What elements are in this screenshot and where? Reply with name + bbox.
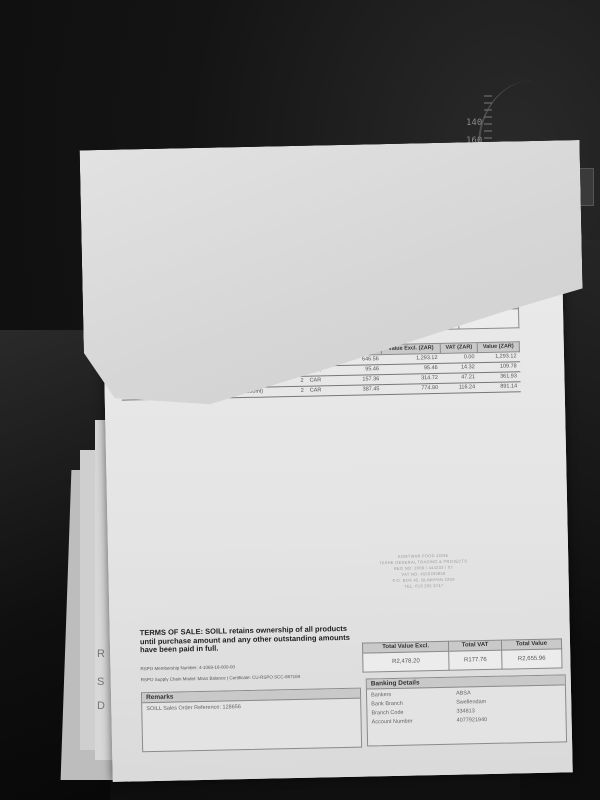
back-sheet-letter: S — [97, 676, 104, 688]
item-price: 387.45 — [327, 384, 382, 395]
banking-label: Account Number — [372, 718, 457, 727]
banking-value: 334813 — [456, 708, 475, 715]
back-sheet-letter: D — [97, 700, 105, 712]
customer-stamp: KOMTWAR FOOD ZONETASHE GENERAL TRADING &… — [363, 552, 484, 591]
back-sheet-letter: R — [97, 648, 105, 660]
totals-value: R177.76 — [449, 650, 502, 670]
gauge-label: 140 — [466, 118, 482, 128]
tax-invoice-page: -IE SOUTHERN OIL (PTY) LTD Tel: ... | Em… — [100, 160, 573, 781]
terms-of-sale: TERMS OF SALE: SOILL retains ownership o… — [140, 625, 350, 655]
totals-table: Total Value Excl.Total VATTotal Value R2… — [362, 638, 563, 672]
totals-value: R2,655.96 — [501, 649, 562, 669]
item-excl: 774.90 — [382, 383, 441, 394]
remarks-box: Remarks SOILL Sales Order Reference: 128… — [141, 688, 362, 753]
totals-value: R2,478.20 — [363, 651, 450, 672]
item-vat: 116.24 — [441, 382, 478, 393]
banking-value: 4077921940 — [457, 717, 488, 725]
banking-details-box: Banking Details BankersABSABank BranchSw… — [366, 674, 567, 746]
item-unit: CAR — [306, 375, 327, 385]
item-qty: 2 — [290, 386, 307, 396]
banking-value: ABSA — [456, 690, 471, 697]
banking-value: Swellendam — [456, 699, 486, 707]
item-value: 891.14 — [478, 381, 520, 392]
item-unit: CAR — [307, 385, 328, 395]
